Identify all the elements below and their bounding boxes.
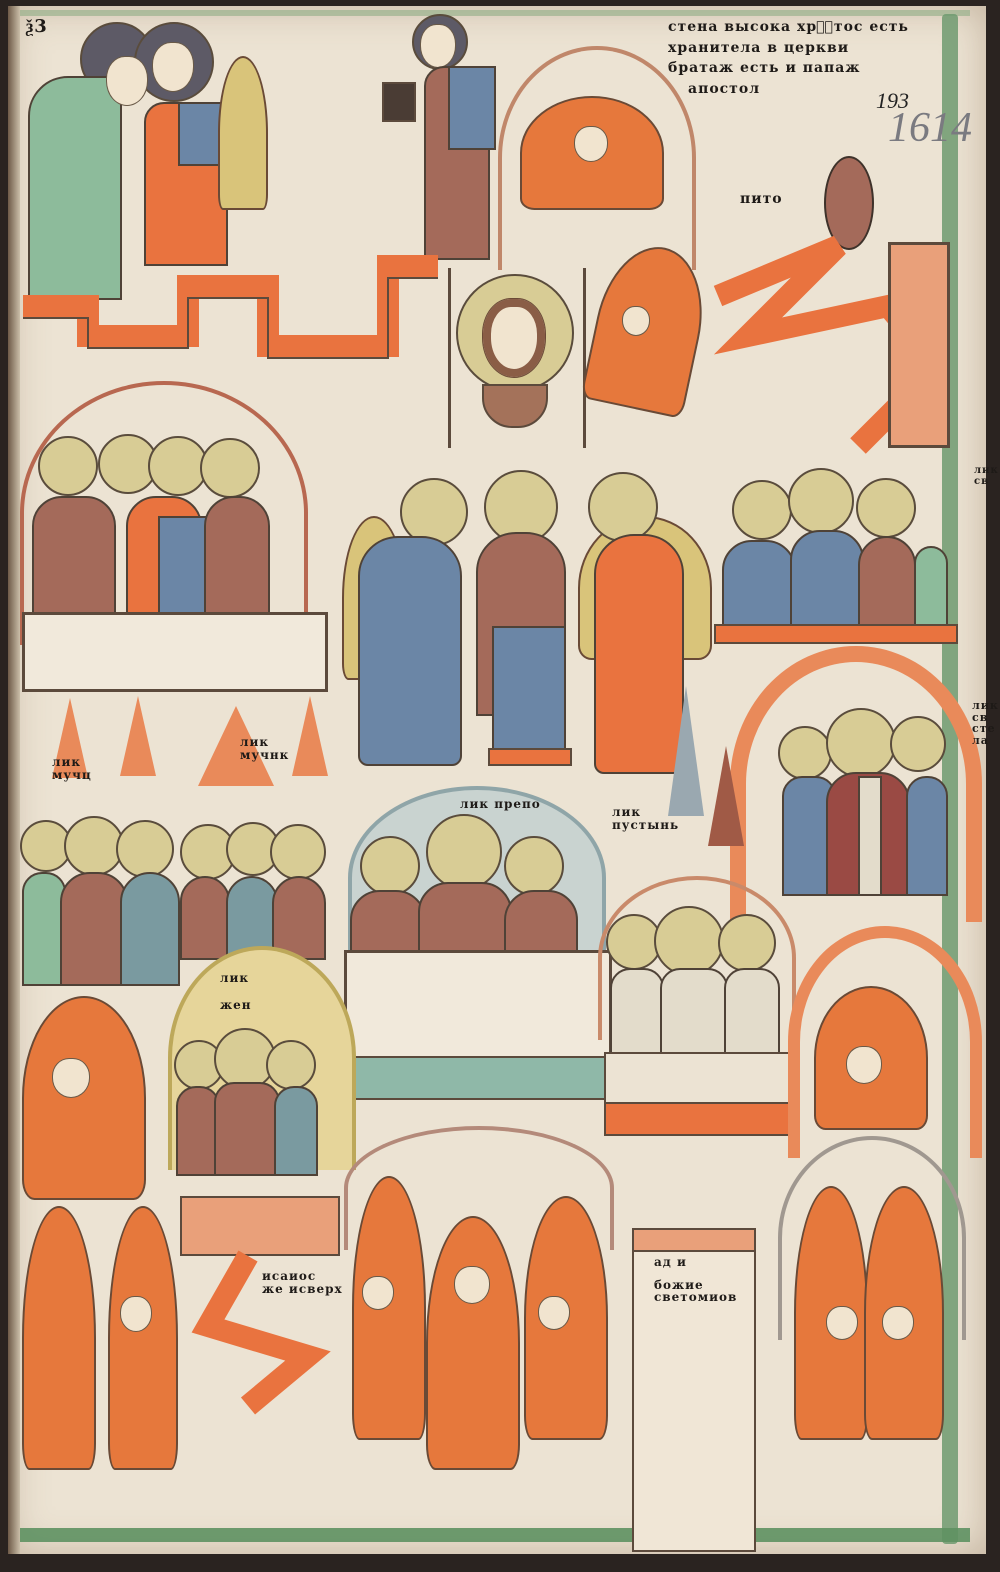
margin-note-right-2: лик св сте ла <box>972 700 999 746</box>
header-line-3: братаж есть и папаж <box>668 61 909 76</box>
elder-face <box>106 56 148 106</box>
label-lik-prepodobnykh: лик препо <box>460 798 541 811</box>
halo <box>890 716 946 772</box>
women-group <box>174 1026 324 1176</box>
manuscript-page: ѯ3 1614 193 стена высока хрⷭ҇тос есть хр… <box>8 6 986 1554</box>
theotokos-underrobe <box>492 626 566 750</box>
robe <box>914 546 948 628</box>
seraph-wings <box>22 1206 96 1470</box>
apostle-mantle <box>448 66 496 150</box>
right-balcony <box>714 624 958 644</box>
label-ad-bozhie: ад и божие светомиов <box>654 1256 737 1304</box>
halo <box>148 436 208 496</box>
halo <box>360 836 420 896</box>
saints-group-right <box>718 466 958 626</box>
halo <box>826 708 896 778</box>
halo <box>116 820 174 878</box>
seraph-face <box>826 1306 858 1340</box>
halo <box>426 814 502 890</box>
robe <box>180 876 230 960</box>
halo <box>64 816 124 876</box>
seraph-wings <box>108 1206 178 1470</box>
angel-face <box>152 42 194 92</box>
label-pito: пито <box>740 192 783 207</box>
seraph-face <box>454 1266 490 1304</box>
robe <box>350 890 426 956</box>
christ-face <box>482 298 546 378</box>
seraph-face <box>882 1306 914 1340</box>
robe <box>120 872 180 986</box>
venerables-group <box>348 814 578 954</box>
robe <box>32 496 116 616</box>
margin-note-right-1: лик св <box>974 466 999 487</box>
robe <box>610 968 664 1058</box>
apostle-figure <box>378 10 508 260</box>
seraph-wings <box>352 1176 426 1440</box>
label-lik-muchenits: лик мучц <box>52 756 92 781</box>
label-isaiia: исаиос же исверх <box>262 1270 343 1295</box>
robe <box>60 872 128 986</box>
seraph-face <box>362 1276 394 1310</box>
header-line-1: стена высока хрⷭ҇тос есть <box>668 20 909 35</box>
tower <box>888 242 950 448</box>
apostle-group-left <box>28 436 288 616</box>
halo <box>778 726 832 780</box>
robe <box>418 882 512 956</box>
robe <box>724 968 780 1058</box>
seraph-face <box>120 1296 152 1332</box>
halo <box>718 914 776 972</box>
seraph-wings <box>426 1216 520 1470</box>
left-balcony <box>22 612 328 692</box>
label-lik-pustynnikov: лик пустынь <box>612 806 679 831</box>
seraph-face <box>846 1046 882 1084</box>
green-canopy <box>348 1056 610 1100</box>
omophorion <box>858 776 882 896</box>
seraph-face-left <box>52 1058 90 1098</box>
halo <box>654 906 724 976</box>
robe <box>722 540 796 628</box>
seraph-wings-left <box>22 996 146 1200</box>
halo <box>788 468 854 534</box>
header-inscription: стена высока хрⷭ҇тос есть хранитела в це… <box>668 20 909 97</box>
robe <box>906 776 948 896</box>
halo <box>200 438 260 498</box>
robe <box>274 1086 318 1176</box>
halo <box>732 480 792 540</box>
robe <box>790 530 864 628</box>
halo <box>588 472 658 542</box>
robe <box>204 496 270 616</box>
robe <box>858 536 916 628</box>
bottom-green-border <box>20 1528 970 1542</box>
angel-wing <box>218 56 268 210</box>
book-icon <box>382 82 416 122</box>
header-line-4: апостол <box>688 82 909 97</box>
hierarch-group <box>778 706 948 896</box>
grey-spire <box>668 686 704 816</box>
robe <box>214 1082 280 1176</box>
spire <box>292 696 328 776</box>
flying-angel-face <box>622 306 650 336</box>
brown-spire <box>708 746 744 846</box>
label-lik-muchenik: лик мучнк <box>240 736 289 761</box>
label-lik-zhen: лик жен <box>220 972 252 1011</box>
angel-robe-blue <box>358 536 462 766</box>
center-platform <box>344 950 612 1066</box>
robe <box>504 890 578 956</box>
seraph-face <box>538 1296 570 1330</box>
hermits-balcony-base <box>604 1102 794 1136</box>
seraph-face <box>574 126 608 162</box>
spire <box>120 696 156 776</box>
halo <box>38 436 98 496</box>
deesis-group <box>338 476 718 776</box>
robe <box>660 968 728 1058</box>
halo <box>266 1040 316 1090</box>
gate-lintel <box>632 1228 756 1252</box>
apostle-face <box>420 24 456 68</box>
halo <box>856 478 916 538</box>
hermits-group <box>606 906 786 1056</box>
halo <box>270 824 326 880</box>
hermits-balcony <box>604 1052 794 1106</box>
header-line-2: хранитела в церкви <box>668 41 909 56</box>
zigzag-wall-left <box>18 226 448 396</box>
halo <box>504 836 564 896</box>
footstool <box>488 748 572 766</box>
